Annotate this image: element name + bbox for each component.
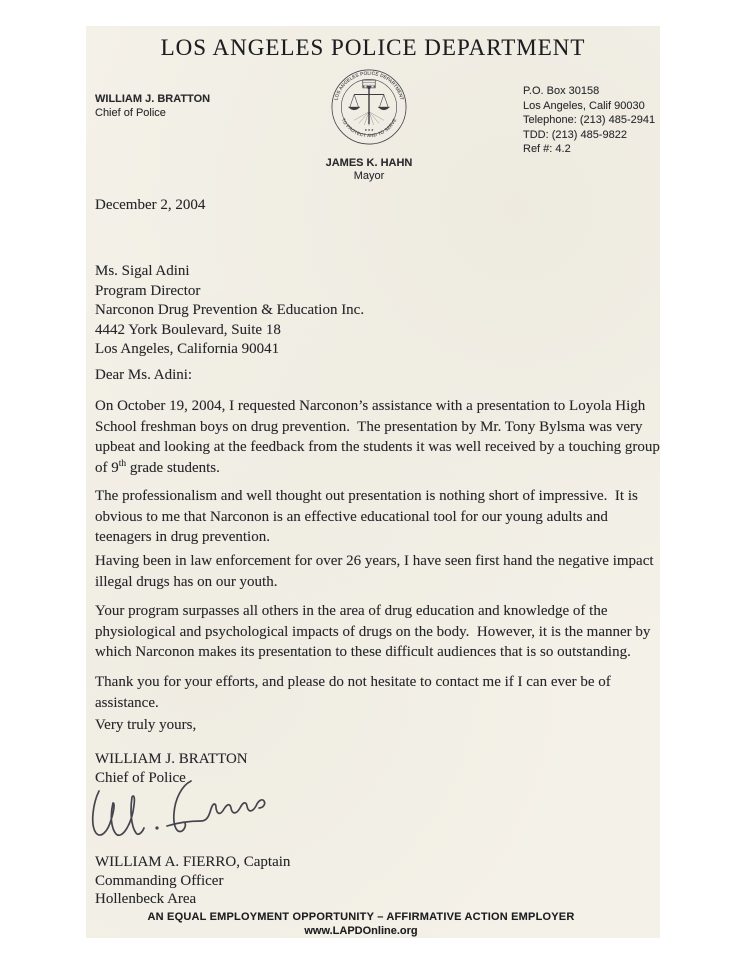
footer-website: www.LAPDOnline.org bbox=[74, 924, 648, 938]
signer-area: Hollenbeck Area bbox=[95, 890, 290, 909]
signer-identity-block: WILLIAM A. FIERRO, Captain Commanding Of… bbox=[95, 853, 290, 909]
line-text: grade students. bbox=[126, 460, 220, 476]
paragraph-line: Having been in law enforcement for over … bbox=[95, 551, 654, 572]
body-paragraph-5: Thank you for your efforts, and please d… bbox=[95, 672, 611, 713]
paragraph-line: illegal drugs has on our youth. bbox=[95, 572, 654, 593]
chief-name: WILLIAM J. BRATTON bbox=[95, 92, 210, 106]
chief-block: WILLIAM J. BRATTON Chief of Police bbox=[95, 92, 210, 120]
paragraph-line: teenagers in drug prevention. bbox=[95, 527, 638, 548]
paragraph-line: upbeat and looking at the feedback from … bbox=[95, 437, 660, 458]
body-paragraph-1: On October 19, 2004, I requested Narcono… bbox=[95, 396, 660, 478]
chief-title: Chief of Police bbox=[95, 106, 210, 120]
recipient-line: Ms. Sigal Adini bbox=[95, 262, 364, 282]
mayor-title: Mayor bbox=[82, 170, 656, 183]
contact-line: Telephone: (213) 485-2941 bbox=[523, 113, 655, 128]
paragraph-line: The professionalism and well thought out… bbox=[95, 486, 638, 507]
salutation: Dear Ms. Adini: bbox=[95, 367, 192, 384]
contact-line: Ref #: 4.2 bbox=[523, 142, 655, 157]
paragraph-line: School freshman boys on drug prevention.… bbox=[95, 417, 660, 438]
page-footer: AN EQUAL EMPLOYMENT OPPORTUNITY – AFFIRM… bbox=[74, 910, 648, 938]
recipient-line: Los Angeles, California 90041 bbox=[95, 340, 364, 360]
lapd-seal-icon: LOS ANGELES POLICE DEPARTMENT TO PROTECT… bbox=[330, 68, 408, 146]
line-text: of 9 bbox=[95, 460, 119, 476]
signer-name: WILLIAM A. FIERRO, Captain bbox=[95, 853, 290, 872]
scales-of-justice-icon bbox=[348, 80, 389, 126]
recipient-line: 4442 York Boulevard, Suite 18 bbox=[95, 321, 364, 341]
footer-eeo-line: AN EQUAL EMPLOYMENT OPPORTUNITY – AFFIRM… bbox=[74, 910, 648, 924]
contact-line: TDD: (213) 485-9822 bbox=[523, 128, 655, 143]
closing-phrase: Very truly yours, bbox=[95, 717, 196, 734]
paragraph-line: Your program surpasses all others in the… bbox=[95, 601, 650, 622]
paragraph-line: obvious to me that Narconon is an effect… bbox=[95, 507, 638, 528]
from-name: WILLIAM J. BRATTON bbox=[95, 750, 248, 769]
paragraph-line: On October 19, 2004, I requested Narcono… bbox=[95, 396, 660, 417]
contact-block: P.O. Box 30158 Los Angeles, Calif 90030 … bbox=[523, 84, 655, 157]
contact-line: P.O. Box 30158 bbox=[523, 84, 655, 99]
scanned-letter-page: { "colors": { "paper": "#f4f1e8", "ink":… bbox=[0, 0, 750, 971]
paragraph-line: Thank you for your efforts, and please d… bbox=[95, 672, 611, 693]
body-paragraph-2: The professionalism and well thought out… bbox=[95, 486, 638, 548]
body-paragraph-3: Having been in law enforcement for over … bbox=[95, 551, 654, 592]
date-line: December 2, 2004 bbox=[95, 197, 205, 214]
letterhead-title: LOS ANGELES POLICE DEPARTMENT bbox=[86, 35, 660, 61]
mayor-name: JAMES K. HAHN bbox=[82, 157, 656, 170]
mayor-block: JAMES K. HAHN Mayor bbox=[82, 157, 656, 183]
seal-stars-bottom: ★ ★ ★ bbox=[365, 128, 374, 132]
recipient-address: Ms. Sigal Adini Program Director Narcono… bbox=[95, 262, 364, 360]
letter-paper: LOS ANGELES POLICE DEPARTMENT WILLIAM J.… bbox=[86, 26, 660, 938]
paragraph-line: assistance. bbox=[95, 693, 611, 714]
recipient-line: Narconon Drug Prevention & Education Inc… bbox=[95, 301, 364, 321]
contact-line: Los Angeles, Calif 90030 bbox=[523, 99, 655, 114]
paragraph-line: physiological and psychological impacts … bbox=[95, 622, 650, 643]
body-paragraph-4: Your program surpasses all others in the… bbox=[95, 601, 650, 663]
handwritten-signature-icon bbox=[88, 776, 323, 852]
recipient-line: Program Director bbox=[95, 282, 364, 302]
paragraph-line: of 9th grade students. bbox=[95, 458, 660, 479]
signer-title: Commanding Officer bbox=[95, 872, 290, 891]
paragraph-line: which Narconon makes its presentation to… bbox=[95, 642, 650, 663]
